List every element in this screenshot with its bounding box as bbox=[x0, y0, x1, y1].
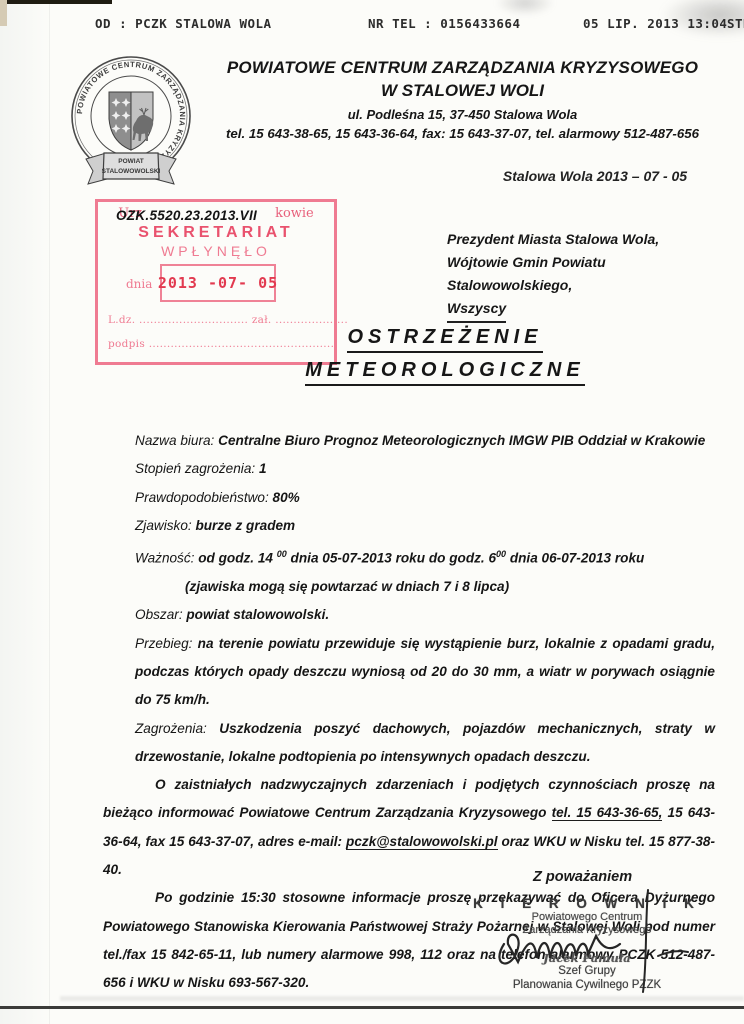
email-address: pczk@stalowowolski.pl bbox=[346, 834, 498, 850]
org-address: ul. Podleśna 15, 37-450 Stalowa Wola bbox=[195, 105, 730, 124]
fax-header-datetime: 05 LIP. 2013 13:04 bbox=[583, 16, 727, 31]
field-label: Prawdopodobieństwo: bbox=[135, 490, 269, 505]
waznosc-note: (zjawiska mogą się powtarzać w dniach 7 … bbox=[103, 573, 715, 601]
superscript-hours: 00 bbox=[496, 549, 506, 559]
field-value: Uszkodzenia poszyć dachowych, pojazdów m… bbox=[135, 721, 715, 764]
fax-header-page: STR bbox=[727, 16, 744, 31]
stamp-sekretariat: SEKRETARIAT bbox=[98, 224, 334, 242]
field-prawdopodobienstwo: Prawdopodobieństwo: 80% bbox=[103, 484, 715, 512]
title-line1: OSTRZEŻENIE bbox=[347, 326, 542, 353]
org-name-line1: POWIATOWE CENTRUM ZARZĄDZANIA KRYZYSOWEG… bbox=[195, 57, 730, 79]
stamp-ldz-row: L.dz. .............................. zał… bbox=[108, 314, 348, 326]
addressee-line: Stalowowolskiego, bbox=[447, 274, 727, 297]
document-title: OSTRZEŻENIE METEOROLOGICZNE bbox=[250, 326, 640, 392]
org-name-line2: W STALOWEJ WOLI bbox=[195, 79, 730, 103]
field-label: Stopień zagrożenia: bbox=[135, 461, 255, 476]
handwritten-signature bbox=[482, 886, 714, 998]
field-value: 80% bbox=[273, 490, 300, 505]
field-value: powiat stalowowolski. bbox=[186, 607, 329, 622]
county-seal-logo: POWIATOWE CENTRUM ZARZĄDZANIA KRYZYSOWEG… bbox=[60, 53, 202, 189]
phone-underlined: tel. 15 643-36-65, bbox=[552, 805, 663, 821]
fax-header-from: OD : PCZK STALOWA WOLA bbox=[95, 16, 272, 31]
field-value: dnia 05-07-2013 roku do godz. 6 bbox=[287, 551, 496, 566]
field-stopien: Stopień zagrożenia: 1 bbox=[103, 455, 715, 483]
place-date-line: Stalowa Wola 2013 – 07 - 05 bbox=[470, 168, 720, 184]
scanned-fax-document: { "colors": { "stamp_pink": "#ef7b92", "… bbox=[0, 0, 744, 1024]
stamp-dnia-label: dnia bbox=[126, 277, 152, 291]
field-label: Nazwa biura: bbox=[135, 433, 214, 448]
field-nazwa-biura: Nazwa biura: Centralne Biuro Prognoz Met… bbox=[103, 427, 715, 455]
addressee-line: Prezydent Miasta Stalowa Wola, bbox=[447, 228, 727, 251]
field-zagrozenia: Zagrożenia: Uszkodzenia poszyć dachowych… bbox=[103, 715, 715, 772]
scan-top-strip bbox=[0, 0, 112, 4]
scan-bottom-edge bbox=[0, 1006, 744, 1009]
field-waznosc: Ważność: od godz. 14 00 dnia 05-07-2013 … bbox=[103, 540, 715, 573]
fax-header-tel: NR TEL : 0156433664 bbox=[368, 16, 521, 31]
addressee-all-emphasis: Wszyscy bbox=[447, 297, 506, 323]
field-value: dnia 06-07-2013 roku bbox=[506, 551, 644, 566]
addressee-block: Prezydent Miasta Stalowa Wola, Wójtowie … bbox=[447, 228, 727, 323]
paragraph-reporting: O zaistniałych nadzwyczajnych zdarzeniac… bbox=[103, 771, 715, 884]
field-label: Ważność: bbox=[135, 551, 194, 566]
closing-salutation: Z poważaniem bbox=[533, 869, 632, 885]
field-przebieg: Przebieg: na terenie powiatu przewiduje … bbox=[103, 630, 715, 715]
org-phones: tel. 15 643-38-65, 15 643-36-64, fax: 15… bbox=[195, 124, 730, 143]
stamp-wplynelo: WPŁYNĘŁO bbox=[98, 243, 334, 259]
stamp-zal-dots: .................... bbox=[275, 314, 348, 326]
title-line2: METEOROLOGICZNE bbox=[305, 359, 584, 386]
shield-left-half bbox=[109, 92, 131, 150]
stamp-podpis-label: podpis bbox=[108, 338, 145, 350]
banner-text-line2: STALOWOWOLSKI bbox=[102, 168, 161, 175]
case-reference-number: OZK.5520.23.2013.VII bbox=[116, 208, 257, 223]
field-value: na terenie powiatu przewiduje się wystąp… bbox=[135, 636, 715, 708]
seal-graphic: POWIATOWE CENTRUM ZARZĄDZANIA KRYZYSOWEG… bbox=[60, 53, 202, 189]
banner-text-line1: POWIAT bbox=[118, 158, 144, 165]
field-value: 1 bbox=[259, 461, 267, 476]
stamp-zal-label: zał. bbox=[252, 314, 272, 326]
stamp-office-suffix: kowie bbox=[275, 206, 314, 221]
field-value: od godz. 14 bbox=[198, 551, 277, 566]
field-value: burze z gradem bbox=[195, 518, 295, 533]
stamp-received-date: 2013 -07- 05 bbox=[158, 274, 278, 292]
field-value: Centralne Biuro Prognoz Meteorologicznyc… bbox=[218, 433, 705, 448]
stamp-ldz-dots: .............................. bbox=[139, 314, 248, 326]
field-label: Przebieg: bbox=[135, 636, 192, 651]
stamp-ldz-label: L.dz. bbox=[108, 314, 135, 326]
field-zjawisko: Zjawisko: burze z gradem bbox=[103, 512, 715, 540]
scan-edge-line bbox=[49, 0, 50, 1024]
field-label: Zagrożenia: bbox=[135, 721, 207, 736]
seal-banner: POWIAT STALOWOWOLSKI bbox=[86, 153, 176, 184]
superscript-hours: 00 bbox=[277, 549, 287, 559]
addressee-line: Wójtowie Gmin Powiatu bbox=[447, 251, 727, 274]
field-label: Zjawisko: bbox=[135, 518, 192, 533]
letterhead: POWIATOWE CENTRUM ZARZĄDZANIA KRYZYSOWEG… bbox=[195, 57, 730, 143]
field-obszar: Obszar: powiat stalowowolski. bbox=[103, 601, 715, 629]
stamp-date-box: 2013 -07- 05 bbox=[160, 264, 276, 302]
field-label: Obszar: bbox=[135, 607, 183, 622]
scan-corner-artifact bbox=[0, 0, 7, 26]
